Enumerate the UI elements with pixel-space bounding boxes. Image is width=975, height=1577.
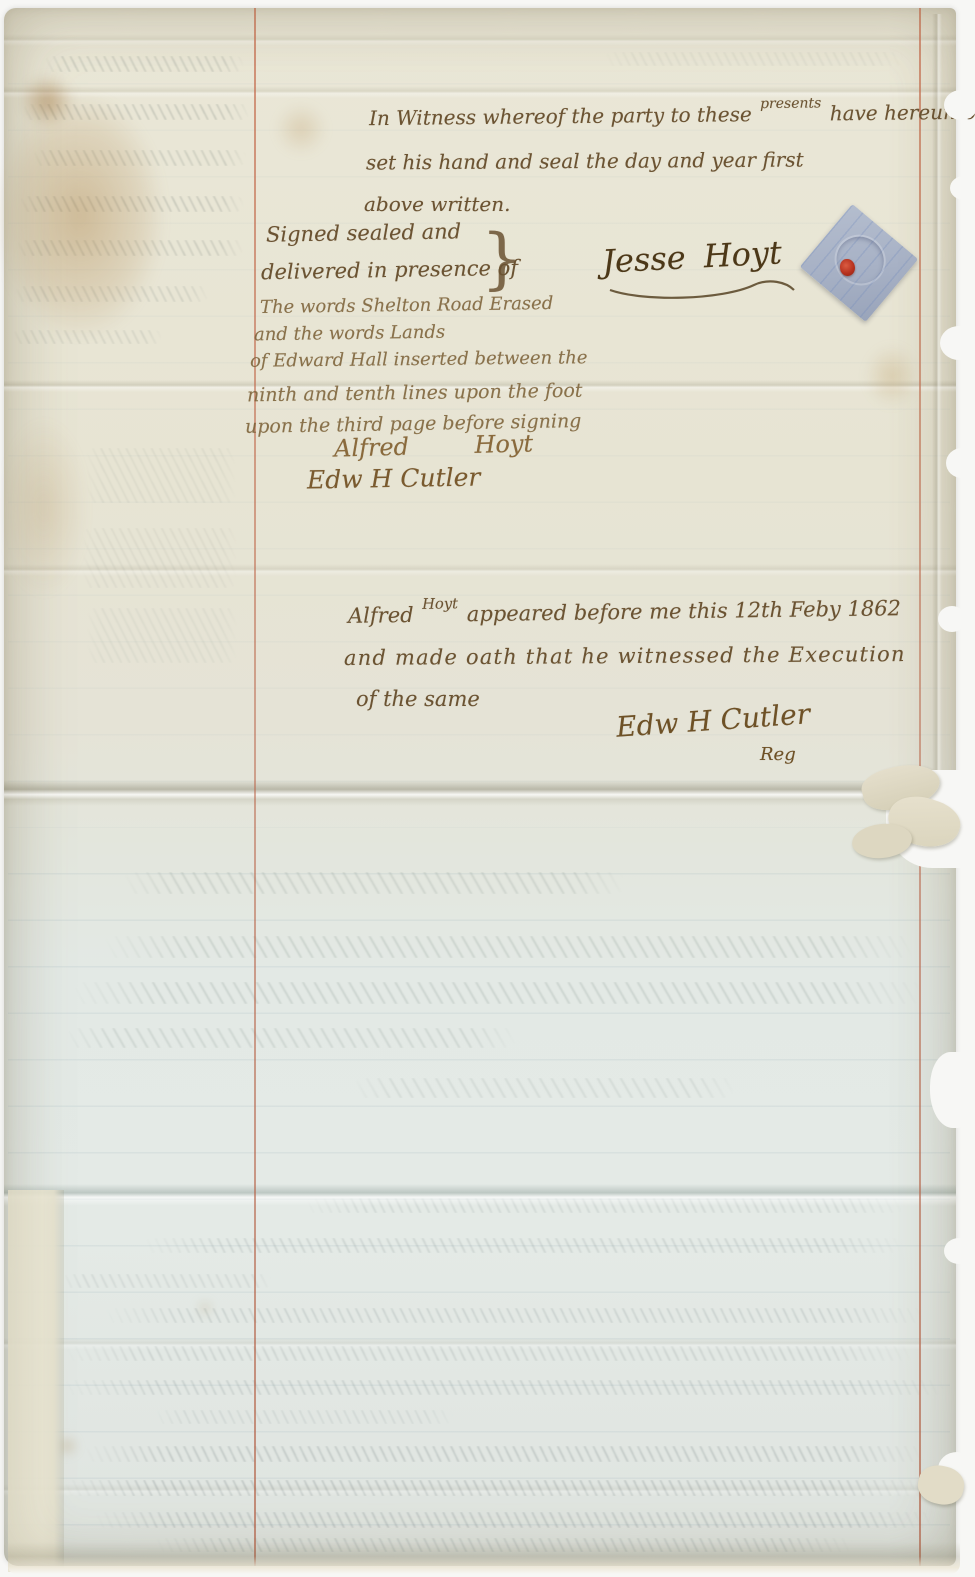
- edge-tear: [940, 326, 975, 360]
- edge-tear: [944, 1238, 974, 1264]
- paper-sheet: In Witness whereof the party to these pr…: [4, 8, 956, 1566]
- document-scan: In Witness whereof the party to these pr…: [0, 0, 975, 1577]
- edge-tear: [930, 1052, 975, 1128]
- edge-tear: [950, 176, 975, 200]
- edge-tear: [938, 606, 966, 632]
- edge-tear: [946, 448, 975, 478]
- paper-vignette: [4, 8, 956, 1566]
- edge-tear: [944, 90, 975, 120]
